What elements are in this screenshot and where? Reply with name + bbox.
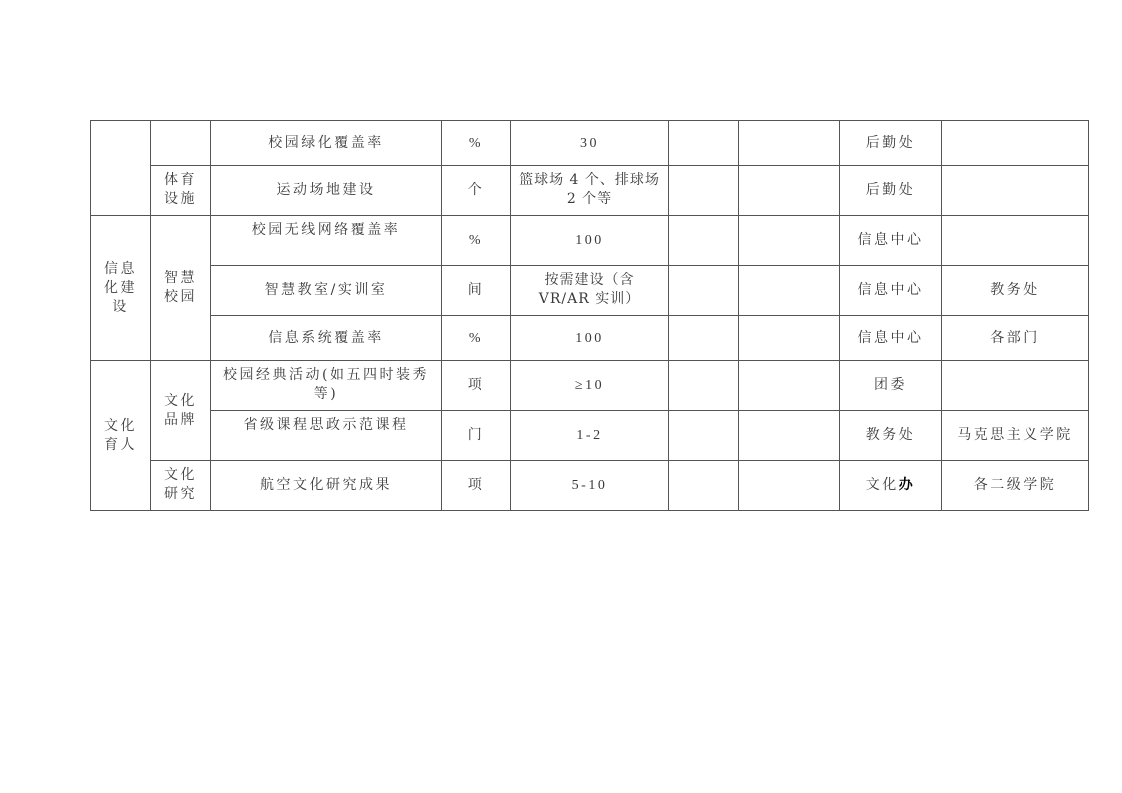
category-cell: 信息化建设 [91, 216, 151, 361]
category-cell [91, 121, 151, 216]
target-cell: 篮球场 4 个、排球场 2 个等 [511, 166, 669, 216]
empty-cell [739, 166, 840, 216]
empty-cell [739, 266, 840, 316]
empty-cell [739, 461, 840, 511]
empty-cell [669, 216, 739, 266]
category-cell: 文化育人 [91, 361, 151, 511]
target-text: 按需建设（含 VR/AR 实训） [517, 271, 662, 310]
subcategory-cell: 文化品牌 [151, 361, 211, 461]
empty-cell [739, 411, 840, 461]
table-row: 体育设施 运动场地建设 个 篮球场 4 个、排球场 2 个等 后勤处 [91, 166, 1089, 216]
target-cell: ≥10 [511, 361, 669, 411]
cooperating-department-cell: 马克思主义学院 [942, 411, 1089, 461]
empty-cell [739, 316, 840, 361]
subcategory-text: 文化研究 [157, 466, 204, 505]
indicator-cell: 校园绿化覆盖率 [211, 121, 442, 166]
lead-department-cell: 信息中心 [840, 216, 942, 266]
subcategory-text: 体育设施 [157, 171, 204, 210]
empty-cell [739, 121, 840, 166]
cooperating-department-cell: 教务处 [942, 266, 1089, 316]
target-cell: 按需建设（含 VR/AR 实训） [511, 266, 669, 316]
lead-department-cell: 信息中心 [840, 316, 942, 361]
table-row: 信息化建设 智慧校园 校园无线网络覆盖率 % 100 信息中心 [91, 216, 1089, 266]
empty-cell [669, 411, 739, 461]
table-row: 文化育人 文化品牌 校园经典活动(如五四时装秀等) 项 ≥10 团委 [91, 361, 1089, 411]
lead-department-cell: 信息中心 [840, 266, 942, 316]
cooperating-department-cell [942, 361, 1089, 411]
empty-cell [669, 361, 739, 411]
lead-department-cell: 后勤处 [840, 166, 942, 216]
lead-department-text: 文化 [866, 477, 899, 493]
target-cell: 1-2 [511, 411, 669, 461]
table-row: 信息系统覆盖率 % 100 信息中心 各部门 [91, 316, 1089, 361]
empty-cell [669, 461, 739, 511]
target-cell: 100 [511, 316, 669, 361]
target-cell: 5-10 [511, 461, 669, 511]
unit-cell: % [442, 216, 511, 266]
empty-cell [739, 361, 840, 411]
table-row: 省级课程思政示范课程 门 1-2 教务处 马克思主义学院 [91, 411, 1089, 461]
cooperating-department-cell [942, 216, 1089, 266]
empty-cell [669, 316, 739, 361]
indicator-text: 省级课程思政示范课程 [217, 416, 435, 455]
unit-cell: % [442, 121, 511, 166]
indicator-cell: 校园无线网络覆盖率 [211, 216, 442, 266]
indicator-cell: 校园经典活动(如五四时装秀等) [211, 361, 442, 411]
indicator-text: 校园无线网络覆盖率 [217, 221, 435, 260]
empty-cell [669, 266, 739, 316]
indicator-text: 校园经典活动(如五四时装秀等) [217, 366, 435, 405]
subcategory-cell: 体育设施 [151, 166, 211, 216]
unit-cell: 间 [442, 266, 511, 316]
target-text: 篮球场 4 个、排球场 2 个等 [517, 171, 662, 210]
indicator-cell: 智慧教室/实训室 [211, 266, 442, 316]
cooperating-department-cell [942, 166, 1089, 216]
subcategory-cell [151, 121, 211, 166]
lead-department-cell: 文化办 [840, 461, 942, 511]
target-cell: 100 [511, 216, 669, 266]
empty-cell [669, 166, 739, 216]
indicator-cell: 航空文化研究成果 [211, 461, 442, 511]
document-page: 校园绿化覆盖率 % 30 后勤处 体育设施 运动场地建设 个 篮球场 4 个、排… [0, 0, 1122, 793]
unit-cell: % [442, 316, 511, 361]
subcategory-cell: 智慧校园 [151, 216, 211, 361]
indicator-cell: 省级课程思政示范课程 [211, 411, 442, 461]
lead-department-bold-glyph: 办 [899, 477, 916, 493]
lead-department-cell: 教务处 [840, 411, 942, 461]
empty-cell [669, 121, 739, 166]
cooperating-department-cell: 各部门 [942, 316, 1089, 361]
indicator-cell: 运动场地建设 [211, 166, 442, 216]
lead-department-cell: 团委 [840, 361, 942, 411]
cooperating-department-cell [942, 121, 1089, 166]
unit-cell: 项 [442, 461, 511, 511]
table-row: 文化研究 航空文化研究成果 项 5-10 文化办 各二级学院 [91, 461, 1089, 511]
target-cell: 30 [511, 121, 669, 166]
indicator-table: 校园绿化覆盖率 % 30 后勤处 体育设施 运动场地建设 个 篮球场 4 个、排… [90, 120, 1089, 511]
unit-cell: 门 [442, 411, 511, 461]
unit-cell: 项 [442, 361, 511, 411]
lead-department-cell: 后勤处 [840, 121, 942, 166]
cooperating-department-cell: 各二级学院 [942, 461, 1089, 511]
table-row: 校园绿化覆盖率 % 30 后勤处 [91, 121, 1089, 166]
table-row: 智慧教室/实训室 间 按需建设（含 VR/AR 实训） 信息中心 教务处 [91, 266, 1089, 316]
unit-cell: 个 [442, 166, 511, 216]
empty-cell [739, 216, 840, 266]
subcategory-cell: 文化研究 [151, 461, 211, 511]
indicator-cell: 信息系统覆盖率 [211, 316, 442, 361]
